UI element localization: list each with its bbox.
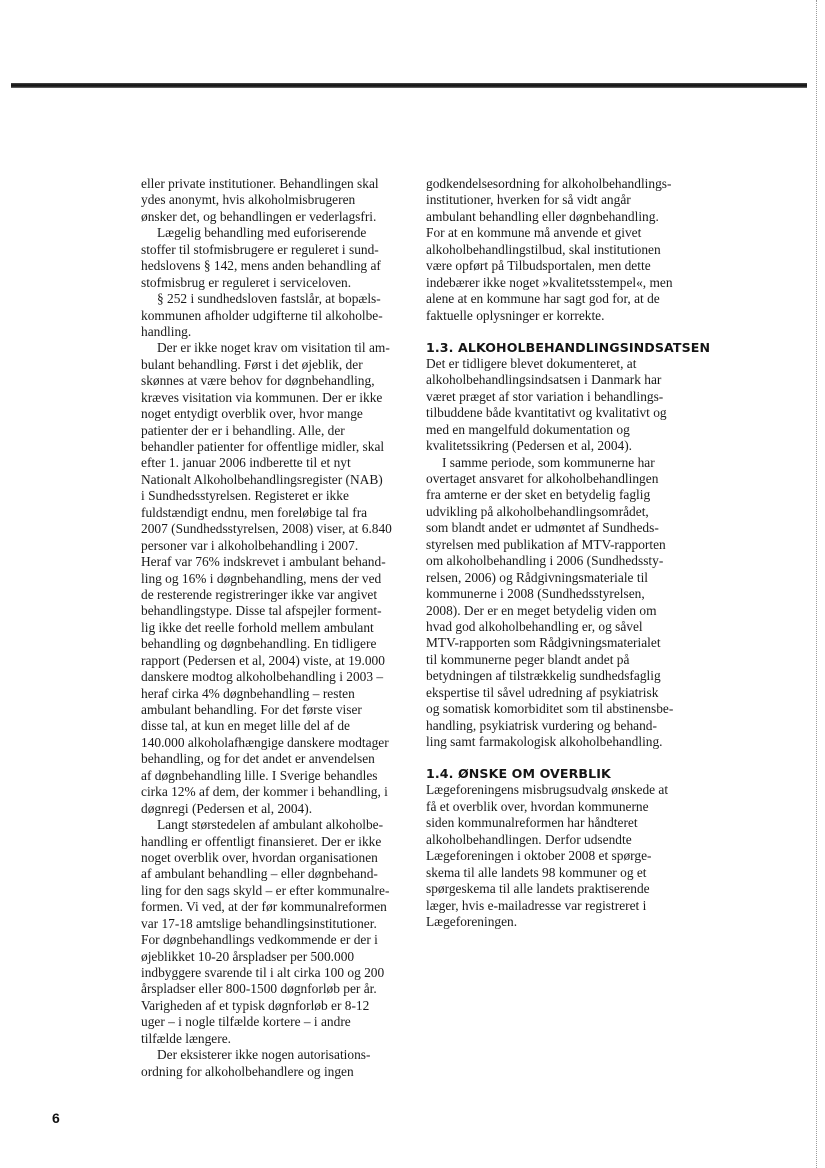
text-line: stoffer til stofmisbrugere er reguleret … bbox=[141, 242, 413, 258]
text-line: som blandt andet er udmøntet af Sundheds… bbox=[426, 520, 706, 536]
text-line: med en mangelfuld dokumentation og bbox=[426, 422, 706, 438]
text-line: var 17-18 amtslige behandlingsinstitutio… bbox=[141, 916, 413, 932]
text-line: efter 1. januar 2006 indberette til et n… bbox=[141, 455, 413, 471]
text-line: indbyggere svarende til i alt cirka 100 … bbox=[141, 965, 413, 981]
header-rule bbox=[11, 83, 807, 88]
text-line: udvikling på alkoholbehandlingsområdet, bbox=[426, 504, 706, 520]
text-line: øjeblikket 10-20 årspladser per 500.000 bbox=[141, 949, 413, 965]
text-line: stofmisbrug er reguleret i serviceloven. bbox=[141, 275, 413, 291]
text-line: alene at en kommune har sagt god for, at… bbox=[426, 291, 706, 307]
text-line: handling. bbox=[141, 324, 413, 340]
text-line: alkoholbehandlingen. Derfor udsendte bbox=[426, 832, 706, 848]
text-line: af ambulant behandling – eller døgnbehan… bbox=[141, 866, 413, 882]
text-line: skema til alle landets 98 kommuner og et bbox=[426, 865, 706, 881]
text-line: rapport (Pedersen et al, 2004) viste, at… bbox=[141, 653, 413, 669]
text-line: ling for den sags skyld – er efter kommu… bbox=[141, 883, 413, 899]
text-line: MTV-rapporten som Rådgivningsmaterialet bbox=[426, 635, 706, 651]
text-line: ønsker det, og behandlingen er vederlags… bbox=[141, 209, 413, 225]
text-line: ambulant behandling eller døgnbehandling… bbox=[426, 209, 706, 225]
text-line: indebærer ikke noget »kvalitetsstempel«,… bbox=[426, 275, 706, 291]
text-line: behandlingstype. Disse tal afspejler for… bbox=[141, 603, 413, 619]
text-line: godkendelsesordning for alkoholbehandlin… bbox=[426, 176, 706, 192]
text-line: uger – i nogle tilfælde kortere – i andr… bbox=[141, 1014, 413, 1030]
text-line: tilfælde længere. bbox=[141, 1031, 413, 1047]
text-line: personer var i alkoholbehandling i 2007. bbox=[141, 538, 413, 554]
text-line: noget overblik over, hvordan organisatio… bbox=[141, 850, 413, 866]
text-line: For døgnbehandlings vedkommende er der i bbox=[141, 932, 413, 948]
text-line: til kommunerne peger blandt andet på bbox=[426, 652, 706, 668]
text-line: danskere modtog alkoholbehandling i 2003… bbox=[141, 669, 413, 685]
text-line: spørgeskema til alle landets praktiseren… bbox=[426, 881, 706, 897]
text-line: været præget af stor variation i behandl… bbox=[426, 389, 706, 405]
text-line: Det er tidligere blevet dokumenteret, at bbox=[426, 356, 706, 372]
text-line: fuldstændigt endnu, men foreløbige tal f… bbox=[141, 505, 413, 521]
section-heading-1-4: 1.4. ØNSKE OM OVERBLIK bbox=[426, 765, 706, 782]
text-line: alkoholbehandlingstilbud, skal instituti… bbox=[426, 242, 706, 258]
text-line: faktuelle oplysninger er korrekte. bbox=[426, 308, 706, 324]
text-line: årspladser eller 800-1500 døgnforløb per… bbox=[141, 981, 413, 997]
text-line: og somatisk komorbiditet som til abstine… bbox=[426, 701, 706, 717]
text-line: relsen, 2006) og Rådgivningsmateriale ti… bbox=[426, 570, 706, 586]
text-line: institutioner, hverken for så vidt angår bbox=[426, 192, 706, 208]
text-line: disse tal, at kun en meget lille del af … bbox=[141, 718, 413, 734]
text-line: ekspertise til såvel udredning af psykia… bbox=[426, 685, 706, 701]
text-line: ydes anonymt, hvis alkoholmisbrugeren bbox=[141, 192, 413, 208]
text-line: patienter der er i behandling. Alle, der bbox=[141, 423, 413, 439]
text-line: heraf cirka 4% døgnbehandling – resten bbox=[141, 686, 413, 702]
text-line: Lægeforeningen. bbox=[426, 914, 706, 930]
text-line: ambulant behandling. For det første vise… bbox=[141, 702, 413, 718]
text-line: siden kommunalreformen har håndteret bbox=[426, 815, 706, 831]
text-line: kræves visitation via kommunen. Der er i… bbox=[141, 390, 413, 406]
text-line: hedslovens § 142, mens anden behandling … bbox=[141, 258, 413, 274]
right-column: godkendelsesordning for alkoholbehandlin… bbox=[426, 176, 706, 930]
text-line: Lægeforeningen i oktober 2008 et spørge- bbox=[426, 848, 706, 864]
text-line: om alkoholbehandling i 2006 (Sundhedssty… bbox=[426, 553, 706, 569]
text-line: bulant behandling. Først i det øjeblik, … bbox=[141, 357, 413, 373]
text-line: eller private institutioner. Behandlinge… bbox=[141, 176, 413, 192]
text-line: døgnregi (Pedersen et al, 2004). bbox=[141, 801, 413, 817]
text-line: overtaget ansvaret for alkoholbehandling… bbox=[426, 471, 706, 487]
text-line: behandling, og for det andet er anvendel… bbox=[141, 751, 413, 767]
text-line: § 252 i sundhedsloven fastslår, at bopæl… bbox=[141, 291, 413, 307]
text-line: I samme periode, som kommunerne har bbox=[426, 455, 706, 471]
text-line: Langt størstedelen af ambulant alkoholbe… bbox=[141, 817, 413, 833]
section-1-4-body: Lægeforeningens misbrugsudvalg ønskede a… bbox=[426, 782, 706, 930]
text-line: i Sundhedsstyrelsen. Registeret er ikke bbox=[141, 488, 413, 504]
text-line: Heraf var 76% indskrevet i ambulant beha… bbox=[141, 554, 413, 570]
text-line: hvad god alkoholbehandling er, og såvel bbox=[426, 619, 706, 635]
text-line: For at en kommune må anvende et givet bbox=[426, 225, 706, 241]
text-line: ling samt farmakologisk alkoholbehandlin… bbox=[426, 734, 706, 750]
text-line: behandler patienter for offentlige midle… bbox=[141, 439, 413, 455]
section-heading-1-3: 1.3. ALKOHOLBEHANDLINGSINDSATSEN bbox=[426, 339, 706, 356]
text-line: 140.000 alkoholafhængige danskere modtag… bbox=[141, 735, 413, 751]
text-line: Varigheden af et typisk døgnforløb er 8-… bbox=[141, 998, 413, 1014]
text-line: tilbuddene både kvantitativt og kvalitat… bbox=[426, 405, 706, 421]
left-column: eller private institutioner. Behandlinge… bbox=[141, 176, 413, 1080]
text-line: ordning for alkoholbehandlere og ingen bbox=[141, 1064, 413, 1080]
text-line: være opført på Tilbudsportalen, men dett… bbox=[426, 258, 706, 274]
text-line: cirka 12% af dem, der kommer i behandlin… bbox=[141, 784, 413, 800]
text-line: 2007 (Sundhedsstyrelsen, 2008) viser, at… bbox=[141, 521, 413, 537]
text-line: Lægelig behandling med euforiserende bbox=[141, 225, 413, 241]
text-line: 2008). Der er en meget betydelig viden o… bbox=[426, 603, 706, 619]
text-line: kommunerne i 2008 (Sundhedsstyrelsen, bbox=[426, 586, 706, 602]
text-line: fra amterne er der sket en betydelig fag… bbox=[426, 487, 706, 503]
text-line: skønnes at være behov for døgnbehandling… bbox=[141, 373, 413, 389]
page-edge bbox=[816, 0, 818, 1168]
text-line: få et overblik over, hvordan kommunerne bbox=[426, 799, 706, 815]
text-line: læger, hvis e-mailadresse var registrere… bbox=[426, 898, 706, 914]
text-line: de resterende registreringer ikke var an… bbox=[141, 587, 413, 603]
text-line: behandling og døgnbehandling. En tidlige… bbox=[141, 636, 413, 652]
section-1-3-body: Det er tidligere blevet dokumenteret, at… bbox=[426, 356, 706, 751]
text-line: formen. Vi ved, at der før kommunalrefor… bbox=[141, 899, 413, 915]
text-line: handling, psykiatrisk vurdering og behan… bbox=[426, 718, 706, 734]
page-number: 6 bbox=[52, 1110, 60, 1126]
right-intro-paragraph: godkendelsesordning for alkoholbehandlin… bbox=[426, 176, 706, 324]
text-line: Der eksisterer ikke nogen autorisations- bbox=[141, 1047, 413, 1063]
text-line: handling er offentligt finansieret. Der … bbox=[141, 834, 413, 850]
text-line: betydningen af tilstrækkelig sundhedsfag… bbox=[426, 668, 706, 684]
text-line: alkoholbehandlingsindsatsen i Danmark ha… bbox=[426, 372, 706, 388]
text-line: kommunen afholder udgifterne til alkohol… bbox=[141, 308, 413, 324]
text-line: lig ikke det reelle forhold mellem ambul… bbox=[141, 620, 413, 636]
text-line: Lægeforeningens misbrugsudvalg ønskede a… bbox=[426, 782, 706, 798]
text-line: ling og 16% i døgnbehandling, mens der v… bbox=[141, 571, 413, 587]
text-line: noget entydigt overblik over, hvor mange bbox=[141, 406, 413, 422]
text-line: styrelsen med publikation af MTV-rapport… bbox=[426, 537, 706, 553]
text-line: af døgnbehandling lille. I Sverige behan… bbox=[141, 768, 413, 784]
text-line: Nationalt Alkoholbehandlingsregister (NA… bbox=[141, 472, 413, 488]
text-line: kvalitetssikring (Pedersen et al, 2004). bbox=[426, 438, 706, 454]
text-line: Der er ikke noget krav om visitation til… bbox=[141, 340, 413, 356]
